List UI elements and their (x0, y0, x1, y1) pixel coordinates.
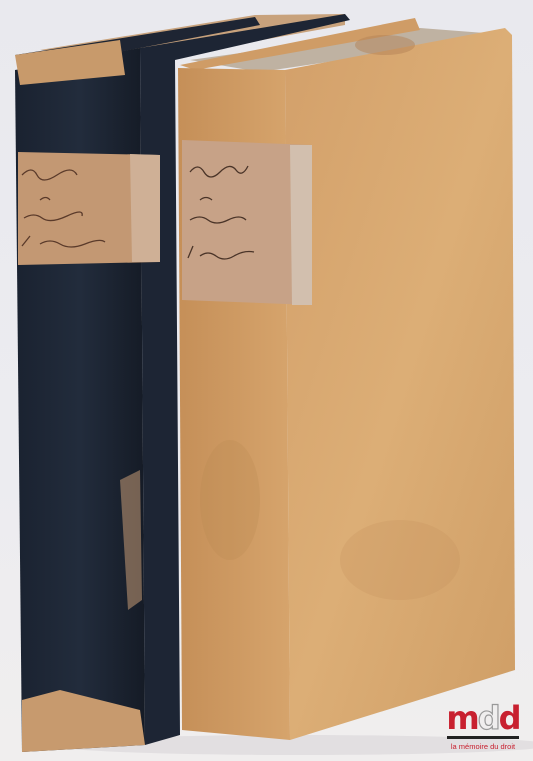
logo-letter-m: m (446, 699, 477, 737)
books-illustration (0, 0, 533, 761)
right-book (178, 18, 515, 740)
book-photo (0, 0, 533, 761)
mdd-logo: mdd la mémoire du droit (441, 703, 525, 751)
mdd-logo-mark: mdd (441, 703, 525, 733)
logo-tagline: la mémoire du droit (441, 742, 525, 751)
logo-letter-d: d (499, 699, 520, 737)
logo-letter-d-outline: d (478, 699, 499, 737)
